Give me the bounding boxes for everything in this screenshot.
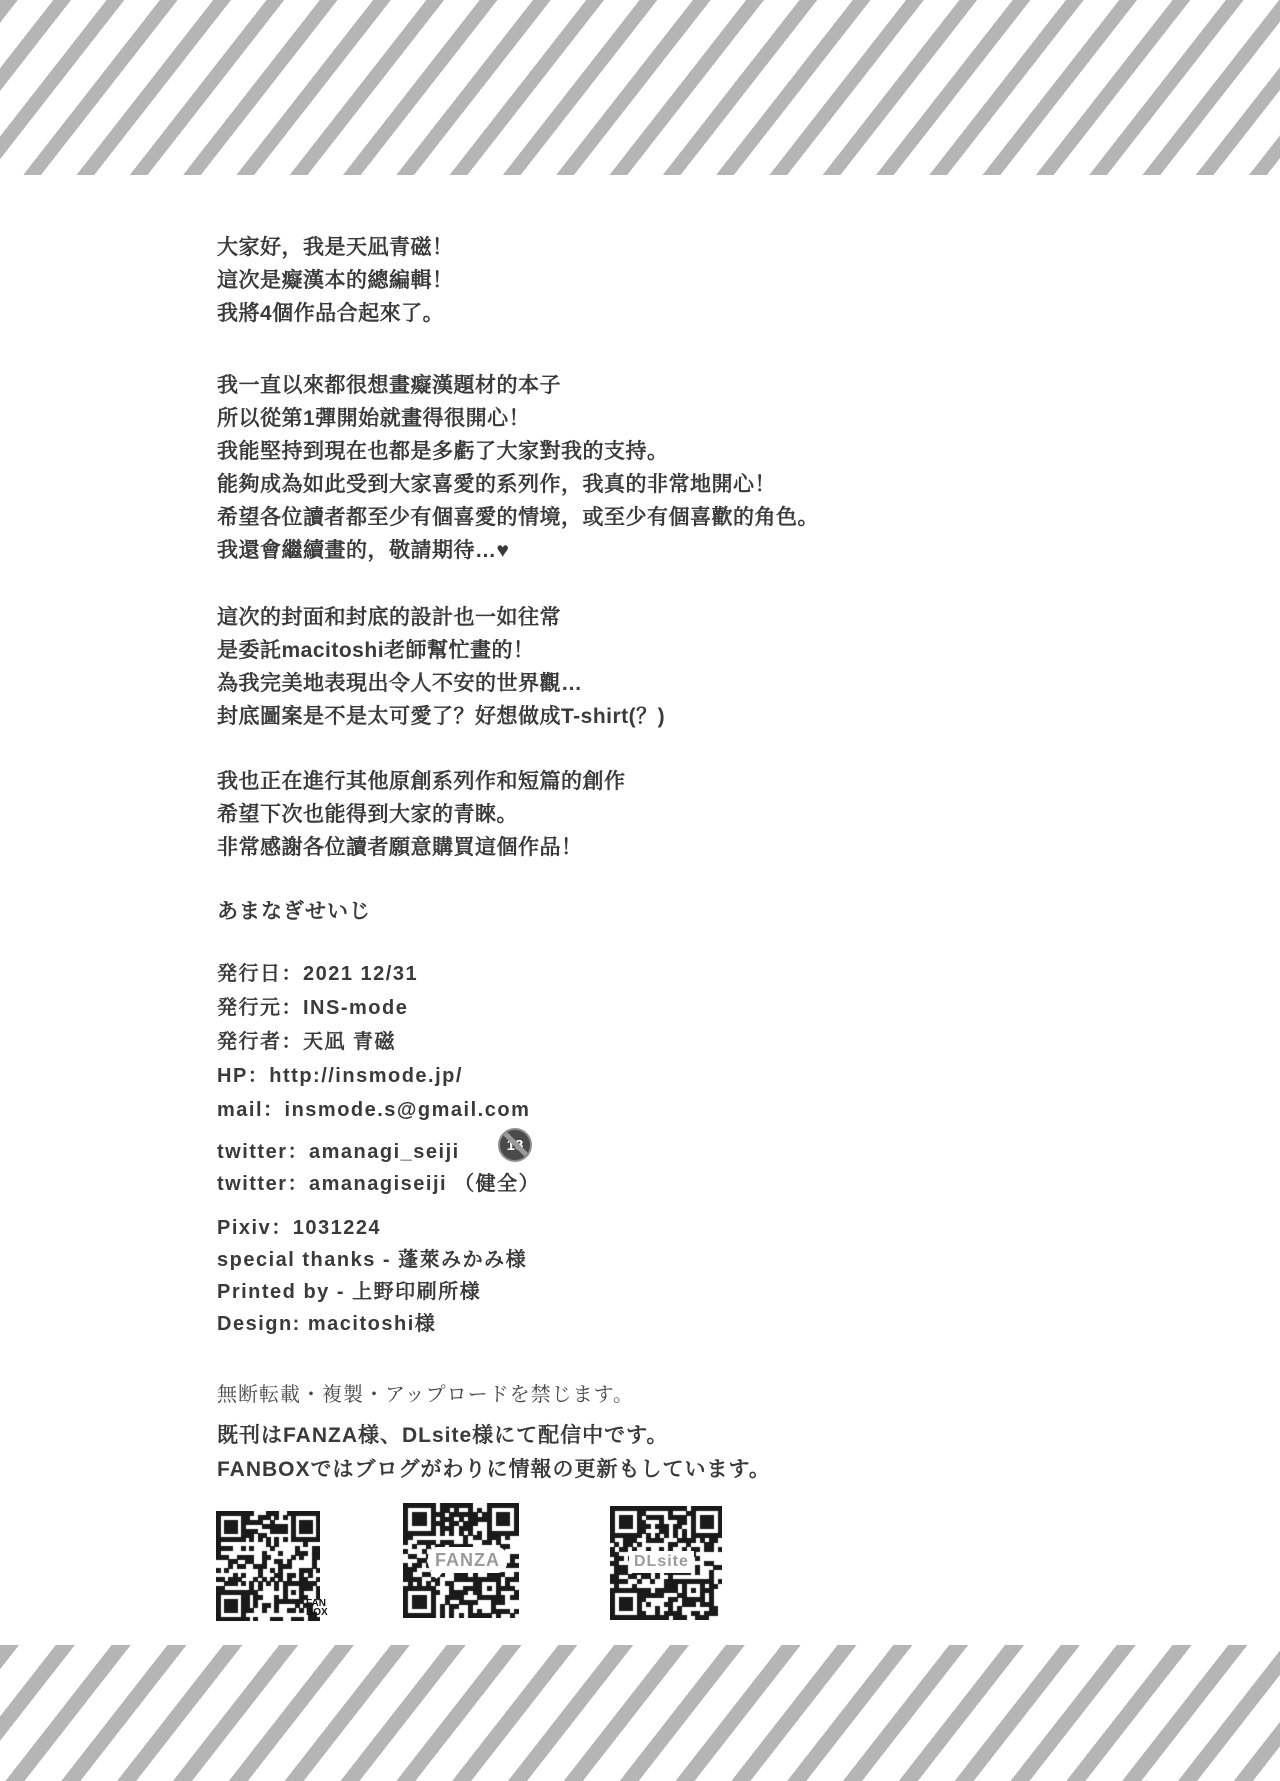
twitter-safe-account: twitter：amanagiseiji （健全）: [217, 1168, 540, 1200]
afterword-line: 我還會繼續畫的，敬請期待…♥: [217, 534, 819, 567]
afterword-line: 我也正在進行其他原創系列作和短篇的創作: [217, 765, 626, 798]
qr-label-fanza: FANZA: [428, 1547, 507, 1573]
afterword-line: 我一直以來都很想畫癡漢題材的本子: [217, 369, 819, 402]
author-name-kana: あまなぎせいじ: [217, 895, 371, 928]
top-stripe-band: [0, 0, 1280, 175]
design-credit: Design: macitoshi様: [217, 1308, 527, 1340]
printed-by: Printed by - 上野印刷所様: [217, 1276, 527, 1308]
closing-paragraph: 我也正在進行其他原創系列作和短篇的創作 希望下次也能得到大家的青睞。 非常感謝各…: [217, 765, 626, 864]
qr-code-fanbox: [216, 1511, 320, 1621]
afterword-line: 封底圖案是不是太可愛了？好想做成T-shirt(？): [217, 700, 665, 733]
afterword-line: 能夠成為如此受到大家喜愛的系列作，我真的非常地開心！: [217, 468, 819, 501]
publisher-circle: 発行元：INS-mode: [217, 991, 530, 1025]
afterword-line: 非常感謝各位讀者願意購買這個作品！: [217, 831, 626, 864]
afterword-line: 所以從第1彈開始就畫得很開心！: [217, 402, 819, 435]
distribution-notice: 既刊はFANZA様、DLsite様にて配信中です。 FANBOXではブログがわり…: [217, 1419, 771, 1487]
bottom-stripe-band: [0, 1645, 1280, 1781]
mail-address: mail：insmode.s@gmail.com: [217, 1093, 530, 1127]
homepage-url: HP：http://insmode.jp/: [217, 1059, 530, 1093]
publication-info: 発行日：2021 12/31 発行元：INS-mode 発行者：天凪 青磁 HP…: [217, 957, 530, 1127]
cover-design-paragraph: 這次的封面和封底的設計也一如往常 是委託macitoshi老師幫忙畫的！ 為我完…: [217, 601, 665, 733]
qr-label-dlsite: DLsite: [629, 1551, 694, 1573]
copyright-notice: 無断転載・複製・アップロードを禁じます。: [217, 1379, 634, 1412]
series-paragraph: 我一直以來都很想畫癡漢題材的本子 所以從第1彈開始就畫得很開心！ 我能堅持到現在…: [217, 369, 819, 567]
publisher-person: 発行者：天凪 青磁: [217, 1025, 530, 1059]
afterword-line: 這次是癡漢本的總編輯！: [217, 264, 454, 297]
distribution-line: 既刊はFANZA様、DLsite様にて配信中です。: [217, 1419, 771, 1453]
r18-icon-slash: [500, 1129, 532, 1162]
afterword-line: 我將4個作品合起來了。: [217, 297, 454, 330]
qr-label-fanbox: FAN BOX: [306, 1599, 328, 1617]
afterword-line: 大家好，我是天凪青磁！: [217, 231, 454, 264]
afterword-line: 希望各位讀者都至少有個喜愛的情境，或至少有個喜歡的角色。: [217, 501, 819, 534]
greeting-paragraph: 大家好，我是天凪青磁！ 這次是癡漢本的總編輯！ 我將4個作品合起來了。: [217, 231, 454, 330]
afterword-line: 我能堅持到現在也都是多虧了大家對我的支持。: [217, 435, 819, 468]
fanbox-info-line: FANBOXではブログがわりに情報の更新もしています。: [217, 1453, 771, 1487]
qr-pattern-fanbox: [216, 1511, 320, 1621]
afterword-line: 希望下次也能得到大家的青睞。: [217, 798, 626, 831]
qr-label-fanbox-line2: BOX: [306, 1608, 328, 1617]
twitter-r18-account: twitter：amanagi_seiji: [217, 1136, 540, 1168]
special-thanks: special thanks - 蓬萊みかみ様: [217, 1244, 527, 1276]
afterword-line: 是委託macitoshi老師幫忙畫的！: [217, 634, 665, 667]
afterword-line: 這次的封面和封底的設計也一如往常: [217, 601, 665, 634]
publication-date: 発行日：2021 12/31: [217, 957, 530, 991]
pixiv-id: Pixiv：1031224: [217, 1212, 527, 1244]
twitter-info: twitter：amanagi_seiji twitter：amanagisei…: [217, 1136, 540, 1200]
afterword-line: 為我完美地表現出令人不安的世界觀…: [217, 667, 665, 700]
r18-icon: 18: [498, 1128, 532, 1162]
credits-info: Pixiv：1031224 special thanks - 蓬萊みかみ様 Pr…: [217, 1212, 527, 1340]
